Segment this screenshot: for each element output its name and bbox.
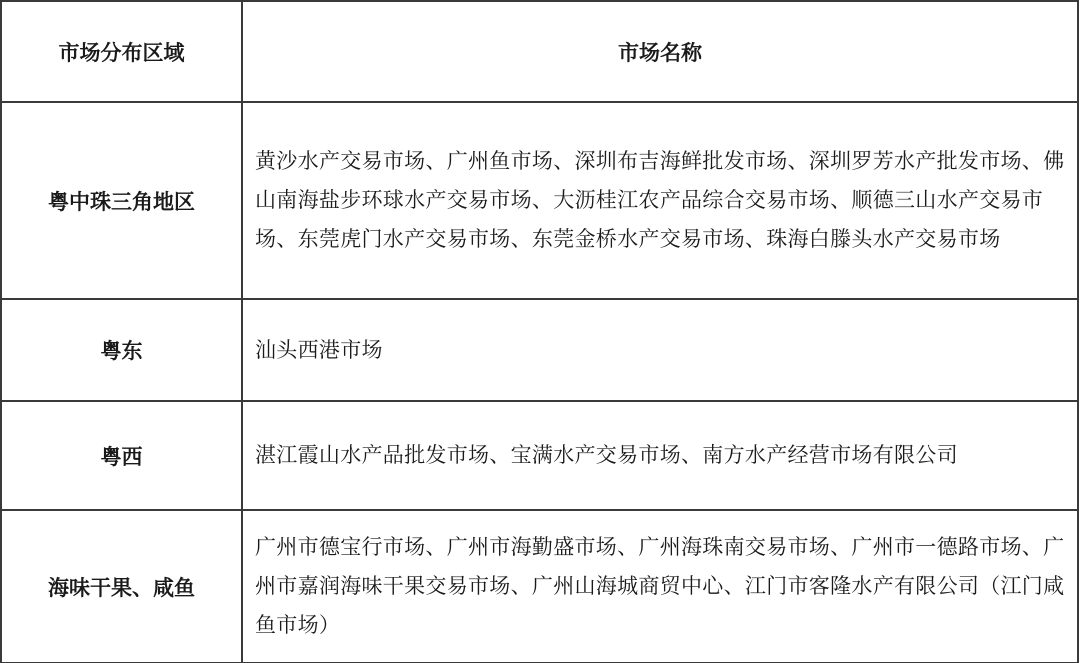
table-header-row: 市场分布区域 市场名称: [1, 1, 1078, 102]
header-region: 市场分布区域: [1, 1, 242, 102]
region-cell: 粤东: [1, 299, 242, 401]
markets-cell: 广州市德宝行市场、广州市海勤盛市场、广州海珠南交易市场、广州市一德路市场、广州市…: [242, 510, 1078, 663]
header-market-name: 市场名称: [242, 1, 1078, 102]
markets-cell: 汕头西港市场: [242, 299, 1078, 401]
table-row: 海味干果、咸鱼 广州市德宝行市场、广州市海勤盛市场、广州海珠南交易市场、广州市一…: [1, 510, 1078, 663]
table-row: 粤西 湛江霞山水产品批发市场、宝满水产交易市场、南方水产经营市场有限公司: [1, 401, 1078, 510]
table-row: 粤中珠三角地区 黄沙水产交易市场、广州鱼市场、深圳布吉海鲜批发市场、深圳罗芳水产…: [1, 102, 1078, 299]
region-cell: 粤西: [1, 401, 242, 510]
markets-cell: 黄沙水产交易市场、广州鱼市场、深圳布吉海鲜批发市场、深圳罗芳水产批发市场、佛山南…: [242, 102, 1078, 299]
markets-cell: 湛江霞山水产品批发市场、宝满水产交易市场、南方水产经营市场有限公司: [242, 401, 1078, 510]
region-cell: 粤中珠三角地区: [1, 102, 242, 299]
table-row: 粤东 汕头西港市场: [1, 299, 1078, 401]
region-cell: 海味干果、咸鱼: [1, 510, 242, 663]
market-distribution-table: 市场分布区域 市场名称 粤中珠三角地区 黄沙水产交易市场、广州鱼市场、深圳布吉海…: [0, 0, 1079, 663]
